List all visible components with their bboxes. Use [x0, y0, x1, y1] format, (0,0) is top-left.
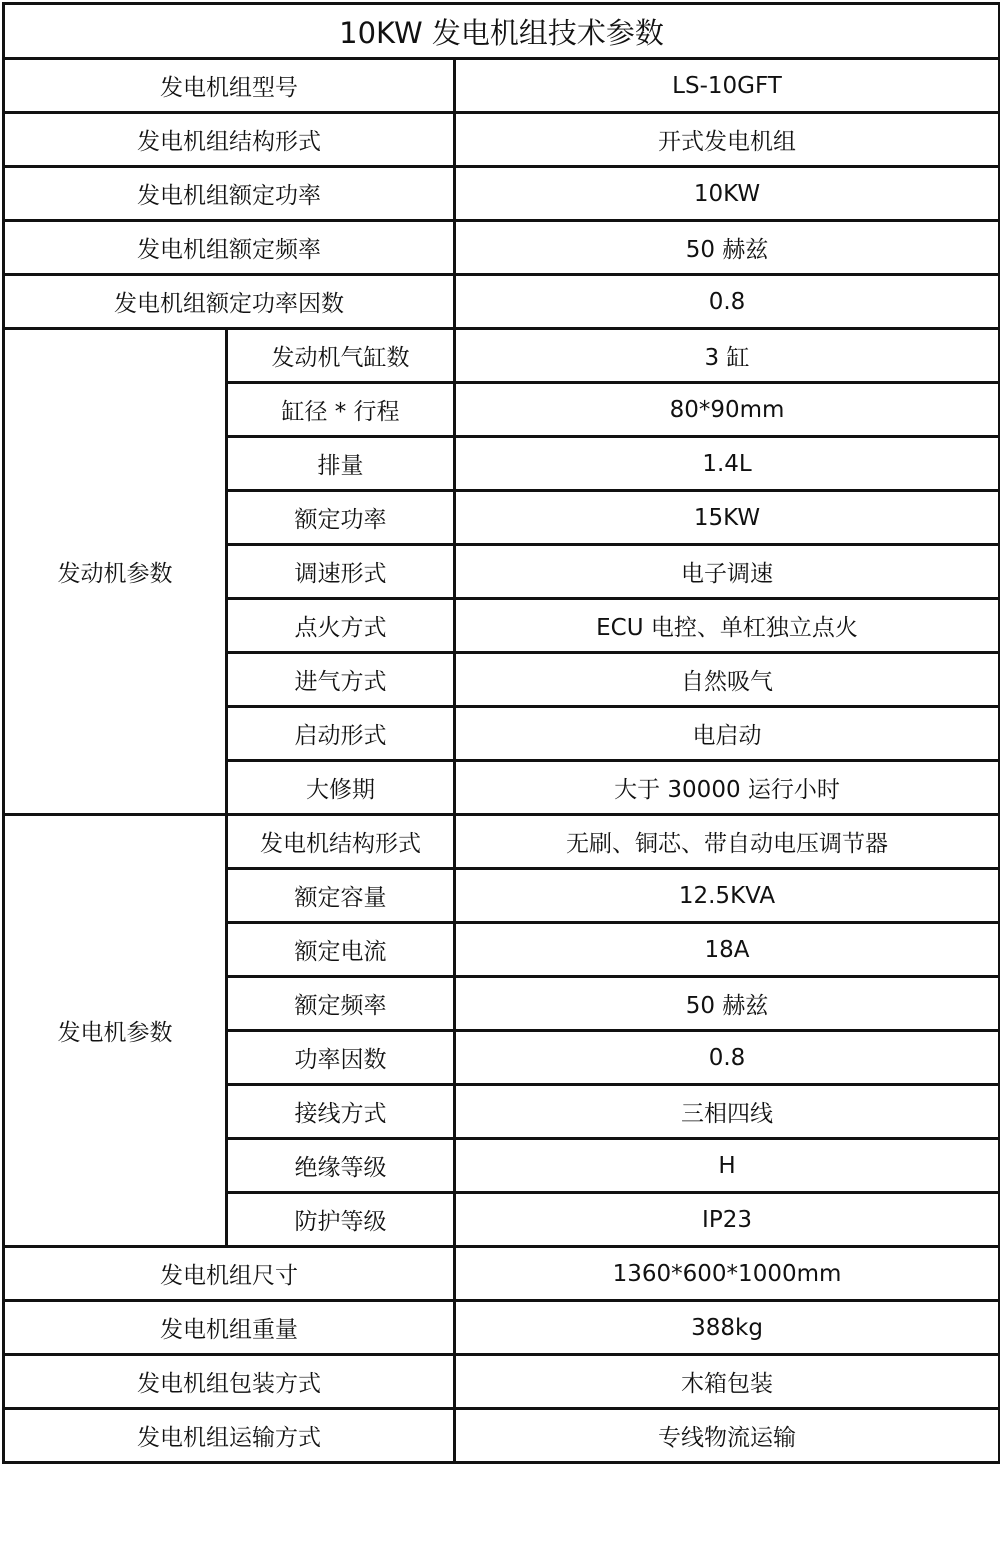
table-row: 发电机参数发电机结构形式无刷、铜芯、带自动电压调节器	[4, 815, 1000, 869]
row-label: 排量	[227, 437, 455, 491]
group-label: 发电机参数	[4, 815, 227, 1247]
row-label: 功率因数	[227, 1031, 455, 1085]
row-label: 发电机组额定频率	[4, 221, 455, 275]
row-value: 电子调速	[455, 545, 1000, 599]
table-row: 发电机组包装方式木箱包装	[4, 1355, 1000, 1409]
row-label: 发动机气缸数	[227, 329, 455, 383]
row-value: 388kg	[455, 1301, 1000, 1355]
row-label: 发电机组结构形式	[4, 113, 455, 167]
spec-table: 10KW 发电机组技术参数 发电机组型号LS-10GFT发电机组结构形式开式发电…	[2, 2, 1000, 1464]
row-value: 0.8	[455, 1031, 1000, 1085]
group-label: 发动机参数	[4, 329, 227, 815]
table-row: 发动机参数发动机气缸数3 缸	[4, 329, 1000, 383]
row-label: 发电机组额定功率	[4, 167, 455, 221]
row-label: 发电机组重量	[4, 1301, 455, 1355]
table-row: 发电机组运输方式专线物流运输	[4, 1409, 1000, 1463]
row-value: 木箱包装	[455, 1355, 1000, 1409]
row-value: 10KW	[455, 167, 1000, 221]
table-row: 发电机组额定功率因数0.8	[4, 275, 1000, 329]
table-title: 10KW 发电机组技术参数	[4, 4, 1000, 59]
table-row: 发电机组型号LS-10GFT	[4, 59, 1000, 113]
row-label: 发电机组型号	[4, 59, 455, 113]
row-label: 额定频率	[227, 977, 455, 1031]
row-value: 1.4L	[455, 437, 1000, 491]
row-label: 点火方式	[227, 599, 455, 653]
row-value: 自然吸气	[455, 653, 1000, 707]
row-label: 额定容量	[227, 869, 455, 923]
row-value: 无刷、铜芯、带自动电压调节器	[455, 815, 1000, 869]
row-value: 三相四线	[455, 1085, 1000, 1139]
table-row: 发电机组结构形式开式发电机组	[4, 113, 1000, 167]
row-value: 大于 30000 运行小时	[455, 761, 1000, 815]
row-value: 1360*600*1000mm	[455, 1247, 1000, 1301]
row-label: 缸径 * 行程	[227, 383, 455, 437]
table-row: 发电机组尺寸1360*600*1000mm	[4, 1247, 1000, 1301]
row-value: 专线物流运输	[455, 1409, 1000, 1463]
table-row: 发电机组重量388kg	[4, 1301, 1000, 1355]
row-label: 发电机组尺寸	[4, 1247, 455, 1301]
row-value: ECU 电控、单杠独立点火	[455, 599, 1000, 653]
row-value: 12.5KVA	[455, 869, 1000, 923]
row-label: 发电机组额定功率因数	[4, 275, 455, 329]
row-label: 额定电流	[227, 923, 455, 977]
row-value: IP23	[455, 1193, 1000, 1247]
row-label: 额定功率	[227, 491, 455, 545]
row-label: 调速形式	[227, 545, 455, 599]
table-row: 发电机组额定频率50 赫兹	[4, 221, 1000, 275]
row-value: H	[455, 1139, 1000, 1193]
row-label: 发电机组包装方式	[4, 1355, 455, 1409]
row-value: 开式发电机组	[455, 113, 1000, 167]
row-value: 50 赫兹	[455, 221, 1000, 275]
row-label: 启动形式	[227, 707, 455, 761]
row-label: 防护等级	[227, 1193, 455, 1247]
table-row: 发电机组额定功率10KW	[4, 167, 1000, 221]
row-value: 电启动	[455, 707, 1000, 761]
row-label: 大修期	[227, 761, 455, 815]
row-value: LS-10GFT	[455, 59, 1000, 113]
row-value: 15KW	[455, 491, 1000, 545]
row-value: 80*90mm	[455, 383, 1000, 437]
row-value: 50 赫兹	[455, 977, 1000, 1031]
row-label: 发电机结构形式	[227, 815, 455, 869]
row-label: 绝缘等级	[227, 1139, 455, 1193]
row-value: 18A	[455, 923, 1000, 977]
row-label: 进气方式	[227, 653, 455, 707]
row-value: 0.8	[455, 275, 1000, 329]
row-label: 发电机组运输方式	[4, 1409, 455, 1463]
row-value: 3 缸	[455, 329, 1000, 383]
row-label: 接线方式	[227, 1085, 455, 1139]
